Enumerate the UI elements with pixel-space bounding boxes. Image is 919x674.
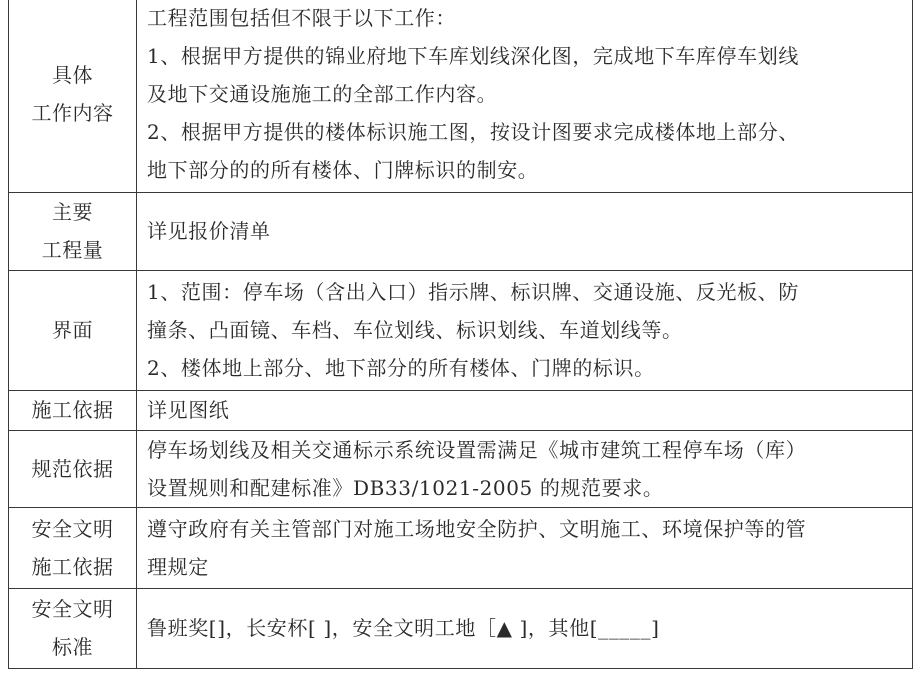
label-line: 主要 [9,193,136,231]
label-cell-construction-basis: 施工依据 [9,390,137,430]
row-standard-basis: 规范依据 停车场划线及相关交通标示系统设置需满足《城市建筑工程停车场（库） 设置… [9,430,913,507]
label-cell-safety-standard: 安全文明 标准 [9,588,137,668]
label-cell-safety-construction-basis: 安全文明 施工依据 [9,507,137,588]
content-cell-safety-construction-basis: 遵守政府有关主管部门对施工场地安全防护、文明施工、环境保护等的管 理规定 [137,507,913,588]
label-line: 工作内容 [9,94,136,132]
content-line: 2、楼体地上部分、地下部分的所有楼体、门牌的标识。 [147,349,906,387]
project-scope-table: 具体 工作内容 工程范围包括但不限于以下工作： 1、根据甲方提供的锦业府地下车库… [8,0,913,669]
label-line: 标准 [9,628,136,666]
content-line: 1、根据甲方提供的锦业府地下车库划线深化图，完成地下车库停车划线 [147,37,906,75]
content-line: 停车场划线及相关交通标示系统设置需满足《城市建筑工程停车场（库） [147,431,906,469]
content-cell-safety-standard: 鲁班奖[]，长安杯[ ]，安全文明工地［▲ ]，其他[_____] [137,588,913,668]
label-line: 安全文明 [9,510,136,548]
content-cell-interface: 1、范围：停车场（含出入口）指示牌、标识牌、交通设施、反光板、防 撞条、凸面镜、… [137,270,913,390]
row-main-quantities: 主要 工程量 详见报价清单 [9,192,913,270]
content-cell-construction-basis: 详见图纸 [137,390,913,430]
content-line: 撞条、凸面镜、车档、车位划线、标识划线、车道划线等。 [147,311,906,349]
content-cell-work-content: 工程范围包括但不限于以下工作： 1、根据甲方提供的锦业府地下车库划线深化图，完成… [137,0,913,192]
label-line: 工程量 [9,231,136,269]
content-line: 理规定 [147,548,906,586]
content-line: 详见图纸 [147,391,906,429]
label-cell-work-content: 具体 工作内容 [9,0,137,192]
row-construction-basis: 施工依据 详见图纸 [9,390,913,430]
label-line: 施工依据 [9,548,136,586]
content-line: 设置规则和配建标准》DB33/1021-2005 的规范要求。 [147,469,906,507]
label-line: 具体 [9,56,136,94]
row-interface: 界面 1、范围：停车场（含出入口）指示牌、标识牌、交通设施、反光板、防 撞条、凸… [9,270,913,390]
row-safety-standard: 安全文明 标准 鲁班奖[]，长安杯[ ]，安全文明工地［▲ ]，其他[_____… [9,588,913,668]
content-cell-standard-basis: 停车场划线及相关交通标示系统设置需满足《城市建筑工程停车场（库） 设置规则和配建… [137,430,913,507]
content-line: 及地下交通设施施工的全部工作内容。 [147,75,906,113]
content-line: 工程范围包括但不限于以下工作： [147,0,906,37]
content-line: 2、根据甲方提供的楼体标识施工图，按设计图要求完成楼体地上部分、 [147,113,906,151]
row-work-content: 具体 工作内容 工程范围包括但不限于以下工作： 1、根据甲方提供的锦业府地下车库… [9,0,913,192]
label-line: 规范依据 [9,450,136,488]
row-safety-construction-basis: 安全文明 施工依据 遵守政府有关主管部门对施工场地安全防护、文明施工、环境保护等… [9,507,913,588]
content-line: 地下部分的的所有楼体、门牌标识的制安。 [147,151,906,189]
label-line: 界面 [9,311,136,349]
content-line: 详见报价清单 [147,212,906,250]
label-cell-standard-basis: 规范依据 [9,430,137,507]
label-cell-interface: 界面 [9,270,137,390]
label-line: 安全文明 [9,590,136,628]
label-line: 施工依据 [9,391,136,429]
safety-standard-options: 鲁班奖[]，长安杯[ ]，安全文明工地［▲ ]，其他[_____] [147,609,906,647]
content-cell-main-quantities: 详见报价清单 [137,192,913,270]
content-line: 遵守政府有关主管部门对施工场地安全防护、文明施工、环境保护等的管 [147,510,906,548]
label-cell-main-quantities: 主要 工程量 [9,192,137,270]
content-line: 1、范围：停车场（含出入口）指示牌、标识牌、交通设施、反光板、防 [147,273,906,311]
